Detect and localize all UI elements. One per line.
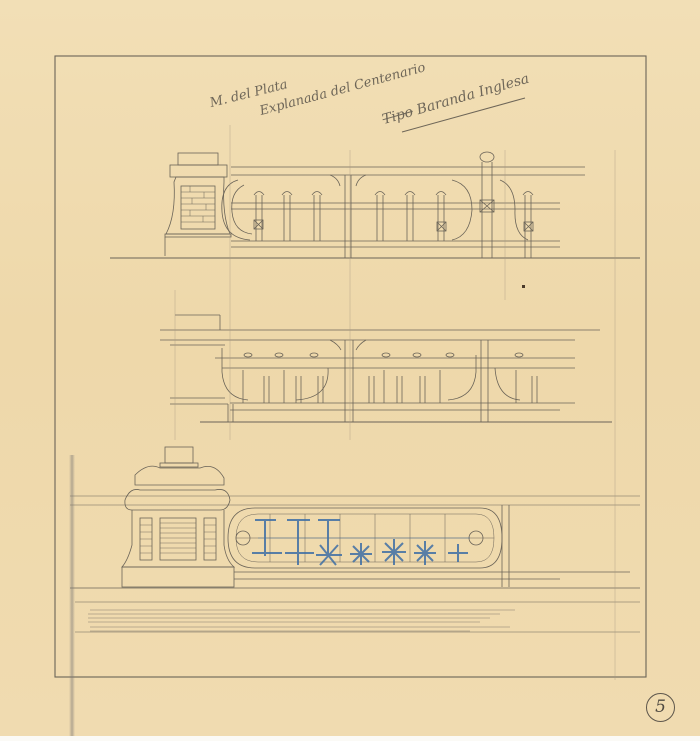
fold-shadow [69,455,75,741]
drawing-sheet: M. del Plata Explanada del Centenario Ti… [0,0,700,736]
elevation-b [160,315,612,422]
scan-edge [0,736,700,741]
blue-infill [252,520,470,565]
drawing-frame [55,56,646,677]
ink-dot [522,285,525,288]
elevation-c [70,447,640,632]
sheet-number-badge: 5 [646,693,675,722]
drawing-canvas [0,0,700,741]
elevation-a [110,152,640,258]
